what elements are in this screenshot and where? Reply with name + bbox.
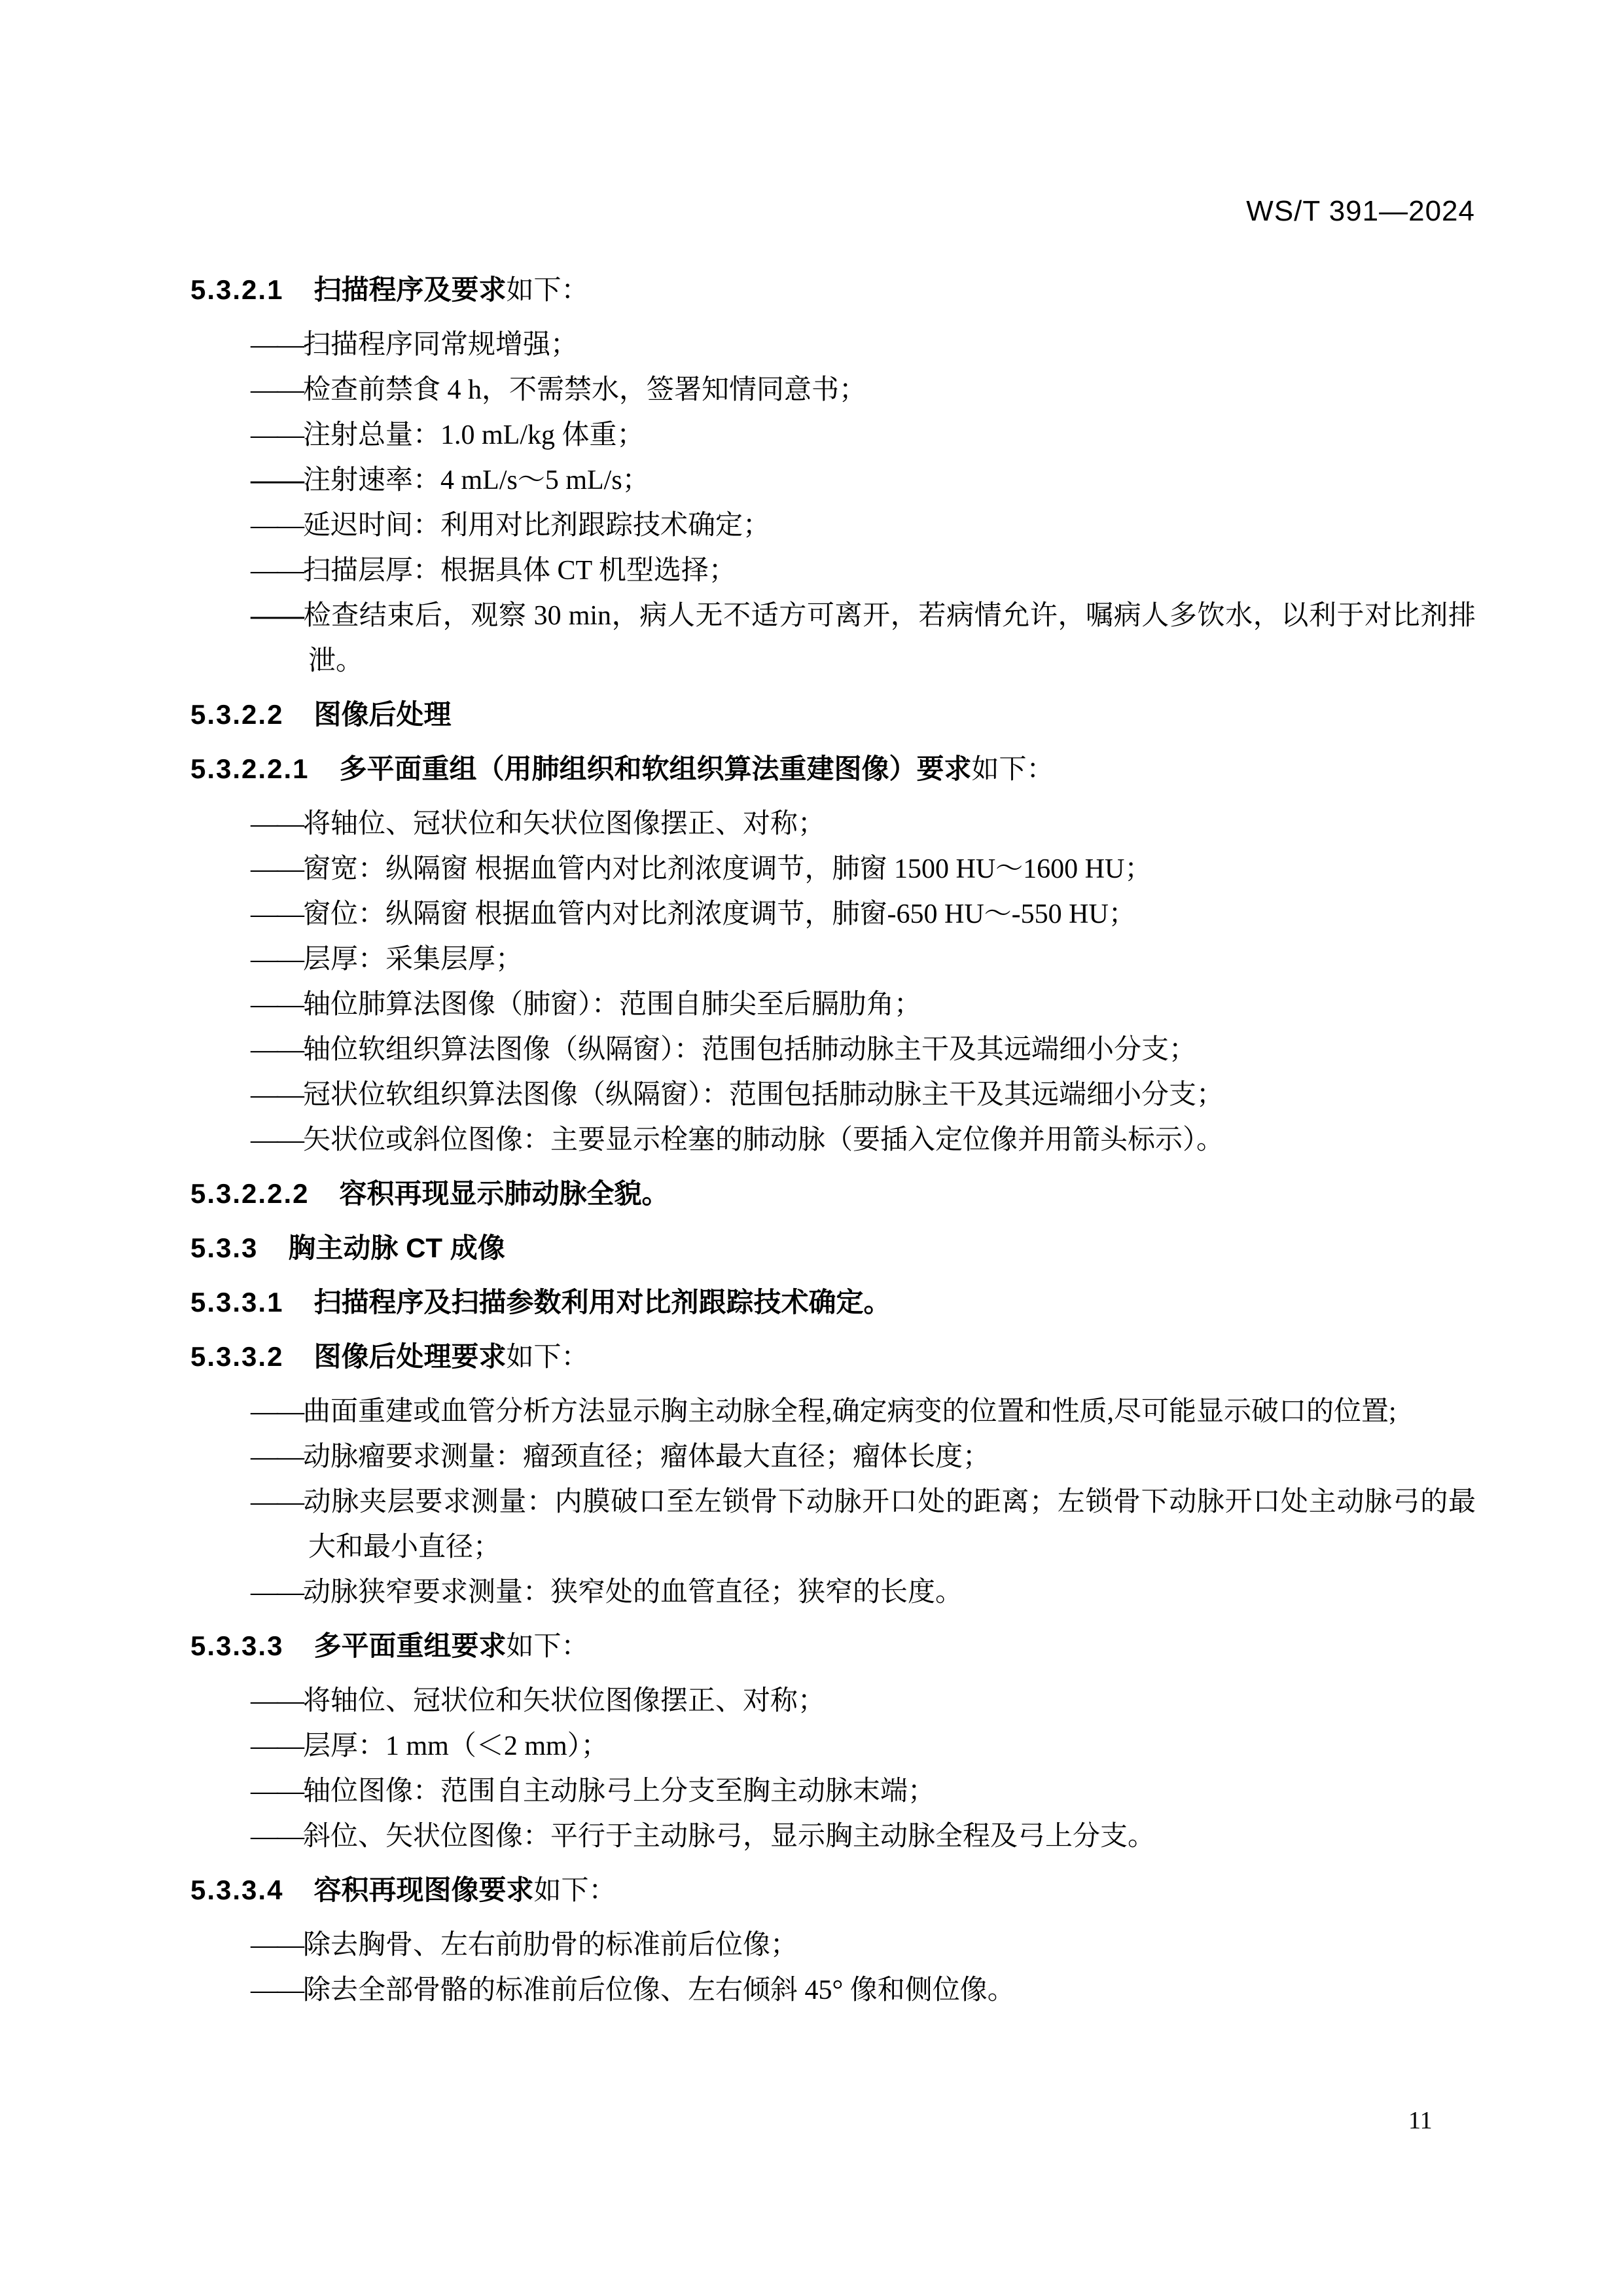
- list-item-text: 检查结束后，观察 30 min，病人无不适方可离开，若病情允许，嘱病人多饮水，以…: [303, 601, 1476, 676]
- section-title-suffix: 如下：: [971, 755, 1054, 785]
- list-item: ——动脉瘤要求测量：瘤颈直径；瘤体最大直径；瘤体长度；: [190, 1435, 1476, 1480]
- section-number: 5.3.2.2.1: [190, 746, 309, 791]
- list-item-text: 层厚：1 mm（＜2 mm）；: [303, 1731, 609, 1761]
- list-item: ——延迟时间：利用对比剂跟踪技术确定；: [190, 503, 1476, 548]
- list-item-text: 将轴位、冠状位和矢状位图像摆正、对称；: [303, 1686, 825, 1716]
- list-item-dash: ——: [251, 1930, 303, 1960]
- list-item: ——扫描层厚：根据具体 CT 机型选择；: [190, 548, 1476, 594]
- list-item-dash: ——: [251, 1975, 303, 2005]
- list-item-dash: ——: [251, 990, 303, 1020]
- list-item: ——注射总量：1.0 mL/kg 体重；: [190, 413, 1476, 458]
- list-item: ——冠状位软组织算法图像（纵隔窗）：范围包括肺动脉主干及其远端细小分支；: [190, 1073, 1476, 1118]
- list-item: ——检查前禁食 4 h，不需禁水，签署知情同意书；: [190, 368, 1476, 413]
- list-item: ——窗宽：纵隔窗 根据血管内对比剂浓度调节，肺窗 1500 HU～1600 HU…: [190, 847, 1476, 892]
- section-number: 5.3.3.4: [190, 1867, 283, 1912]
- list-item: ——窗位：纵隔窗 根据血管内对比剂浓度调节，肺窗-650 HU～-550 HU；: [190, 892, 1476, 937]
- section-number: 5.3.2.1: [190, 267, 283, 312]
- list-item: ——注射速率：4 mL/s～5 mL/s；: [190, 458, 1476, 503]
- list-item: ——除去全部骨骼的标准前后位像、左右倾斜 45° 像和侧位像。: [190, 1968, 1476, 2013]
- section-heading: 5.3.2.2.1多平面重组（用肺组织和软组织算法重建图像）要求如下：: [190, 746, 1476, 793]
- list-item: ——矢状位或斜位图像：主要显示栓塞的肺动脉（要插入定位像并用箭头标示）。: [190, 1118, 1476, 1163]
- list-item-dash: ——: [251, 1821, 303, 1852]
- page-number: 11: [1408, 2106, 1433, 2135]
- section-title: 容积再现显示肺动脉全貌。: [339, 1178, 669, 1209]
- list-item: ——轴位图像：范围自主动脉弓上分支至胸主动脉末端；: [190, 1769, 1476, 1814]
- section-title-suffix: 如下：: [506, 276, 588, 306]
- section-number: 5.3.3: [190, 1225, 258, 1270]
- list-item-text: 动脉夹层要求测量：内膜破口至左锁骨下动脉开口处的距离；左锁骨下动脉开口处主动脉弓…: [303, 1487, 1476, 1562]
- document-page: WS/T 391—2024 5.3.2.1扫描程序及要求如下：——扫描程序同常规…: [0, 0, 1623, 2296]
- list-item-text: 窗宽：纵隔窗 根据血管内对比剂浓度调节，肺窗 1500 HU～1600 HU；: [303, 854, 1152, 884]
- list-item-text: 轴位图像：范围自主动脉弓上分支至胸主动脉末端；: [303, 1776, 935, 1806]
- list-item-text: 检查前禁食 4 h，不需禁水，签署知情同意书；: [303, 375, 866, 405]
- list-item-text: 矢状位或斜位图像：主要显示栓塞的肺动脉（要插入定位像并用箭头标示）。: [303, 1125, 1224, 1155]
- section-number: 5.3.3.2: [190, 1334, 283, 1379]
- section-number: 5.3.3.3: [190, 1623, 283, 1668]
- list-item-text: 除去全部骨骼的标准前后位像、左右倾斜 45° 像和侧位像。: [303, 1975, 1015, 2005]
- list-item-dash: ——: [251, 465, 303, 495]
- list-item-text: 冠状位软组织算法图像（纵隔窗）：范围包括肺动脉主干及其远端细小分支；: [303, 1080, 1224, 1110]
- list-item-dash: ——: [251, 1080, 303, 1110]
- list-item-dash: ——: [251, 601, 303, 631]
- section-title: 图像后处理: [313, 699, 451, 730]
- list-item-text: 轴位肺算法图像（肺窗）：范围自肺尖至后膈肋角；: [303, 990, 921, 1020]
- section-heading: 5.3.3.2图像后处理要求如下：: [190, 1334, 1476, 1380]
- list-item-dash: ——: [251, 1125, 303, 1155]
- list-item: ——动脉狭窄要求测量：狭窄处的血管直径；狭窄的长度。: [190, 1570, 1476, 1615]
- list-item-dash: ——: [251, 375, 303, 405]
- list-item-dash: ——: [251, 1776, 303, 1806]
- list-item-text: 轴位软组织算法图像（纵隔窗）：范围包括肺动脉主干及其远端细小分支；: [303, 1035, 1196, 1065]
- list-item-text: 动脉狭窄要求测量：狭窄处的血管直径；狭窄的长度。: [303, 1577, 963, 1607]
- list-item: ——斜位、矢状位图像：平行于主动脉弓，显示胸主动脉全程及弓上分支。: [190, 1814, 1476, 1859]
- list-item-dash: ——: [251, 420, 303, 450]
- section-title-suffix: 如下：: [506, 1632, 588, 1662]
- section-title: 胸主动脉 CT 成像: [288, 1232, 505, 1263]
- list-item-dash: ——: [251, 1686, 303, 1716]
- section-title: 图像后处理要求: [313, 1341, 506, 1372]
- section-heading: 5.3.2.2.2容积再现显示肺动脉全貌。: [190, 1171, 1476, 1216]
- section-heading: 5.3.3胸主动脉 CT 成像: [190, 1225, 1476, 1270]
- document-content: 5.3.2.1扫描程序及要求如下：——扫描程序同常规增强；——检查前禁食 4 h…: [0, 0, 1623, 2013]
- list-item-dash: ——: [251, 944, 303, 975]
- list-item-dash: ——: [251, 1731, 303, 1761]
- list-item-text: 延迟时间：利用对比剂跟踪技术确定；: [303, 511, 770, 541]
- list-item-text: 曲面重建或血管分析方法显示胸主动脉全程,确定病变的位置和性质,尽可能显示破口的位…: [303, 1397, 1397, 1427]
- list-item-text: 斜位、矢状位图像：平行于主动脉弓，显示胸主动脉全程及弓上分支。: [303, 1821, 1155, 1852]
- list-item-dash: ——: [251, 1035, 303, 1065]
- list-item: ——层厚：1 mm（＜2 mm）；: [190, 1724, 1476, 1769]
- list-item-text: 注射速率：4 mL/s～5 mL/s；: [303, 465, 650, 495]
- list-item-dash: ——: [251, 854, 303, 884]
- list-item-text: 扫描层厚：根据具体 CT 机型选择；: [303, 556, 736, 586]
- section-heading: 5.3.3.4容积再现图像要求如下：: [190, 1867, 1476, 1914]
- section-title: 多平面重组（用肺组织和软组织算法重建图像）要求: [339, 753, 971, 784]
- list-item: ——将轴位、冠状位和矢状位图像摆正、对称；: [190, 802, 1476, 847]
- list-item: ——除去胸骨、左右前肋骨的标准前后位像；: [190, 1923, 1476, 1968]
- section-heading: 5.3.2.1扫描程序及要求如下：: [190, 267, 1476, 314]
- list-item-text: 除去胸骨、左右前肋骨的标准前后位像；: [303, 1930, 798, 1960]
- section-title: 多平面重组要求: [313, 1630, 506, 1661]
- section-title: 扫描程序及要求: [313, 274, 506, 305]
- list-item-text: 扫描程序同常规增强；: [303, 330, 578, 360]
- section-heading: 5.3.2.2图像后处理: [190, 692, 1476, 737]
- section-heading: 5.3.3.3多平面重组要求如下：: [190, 1623, 1476, 1670]
- list-item-dash: ——: [251, 511, 303, 541]
- list-item: ——轴位肺算法图像（肺窗）：范围自肺尖至后膈肋角；: [190, 982, 1476, 1028]
- list-item-text: 注射总量：1.0 mL/kg 体重；: [303, 420, 645, 450]
- section-number: 5.3.2.2.2: [190, 1171, 309, 1216]
- list-item-dash: ——: [251, 1397, 303, 1427]
- section-title: 扫描程序及扫描参数利用对比剂跟踪技术确定。: [313, 1287, 891, 1318]
- list-item-dash: ——: [251, 1487, 303, 1517]
- list-item-text: 动脉瘤要求测量：瘤颈直径；瘤体最大直径；瘤体长度；: [303, 1442, 990, 1472]
- list-item-text: 将轴位、冠状位和矢状位图像摆正、对称；: [303, 809, 825, 839]
- list-item: ——检查结束后，观察 30 min，病人无不适方可离开，若病情允许，嘱病人多饮水…: [190, 594, 1476, 684]
- list-item-dash: ——: [251, 809, 303, 839]
- list-item-dash: ——: [251, 556, 303, 586]
- list-item-dash: ——: [251, 1442, 303, 1472]
- list-item-dash: ——: [251, 899, 303, 929]
- section-number: 5.3.3.1: [190, 1280, 283, 1325]
- list-item: ——将轴位、冠状位和矢状位图像摆正、对称；: [190, 1679, 1476, 1724]
- section-number: 5.3.2.2: [190, 692, 283, 737]
- list-item: ——层厚：采集层厚；: [190, 937, 1476, 982]
- section-heading: 5.3.3.1扫描程序及扫描参数利用对比剂跟踪技术确定。: [190, 1280, 1476, 1325]
- list-item: ——扫描程序同常规增强；: [190, 323, 1476, 368]
- section-title: 容积再现图像要求: [313, 1874, 533, 1905]
- list-item-text: 窗位：纵隔窗 根据血管内对比剂浓度调节，肺窗-650 HU～-550 HU；: [303, 899, 1136, 929]
- list-item: ——轴位软组织算法图像（纵隔窗）：范围包括肺动脉主干及其远端细小分支；: [190, 1028, 1476, 1073]
- list-item-dash: ——: [251, 1577, 303, 1607]
- section-title-suffix: 如下：: [533, 1876, 616, 1906]
- list-item: ——曲面重建或血管分析方法显示胸主动脉全程,确定病变的位置和性质,尽可能显示破口…: [190, 1390, 1476, 1435]
- list-item-text: 层厚：采集层厚；: [303, 944, 523, 975]
- list-item: ——动脉夹层要求测量：内膜破口至左锁骨下动脉开口处的距离；左锁骨下动脉开口处主动…: [190, 1480, 1476, 1570]
- list-item-dash: ——: [251, 330, 303, 360]
- section-title-suffix: 如下：: [506, 1342, 588, 1372]
